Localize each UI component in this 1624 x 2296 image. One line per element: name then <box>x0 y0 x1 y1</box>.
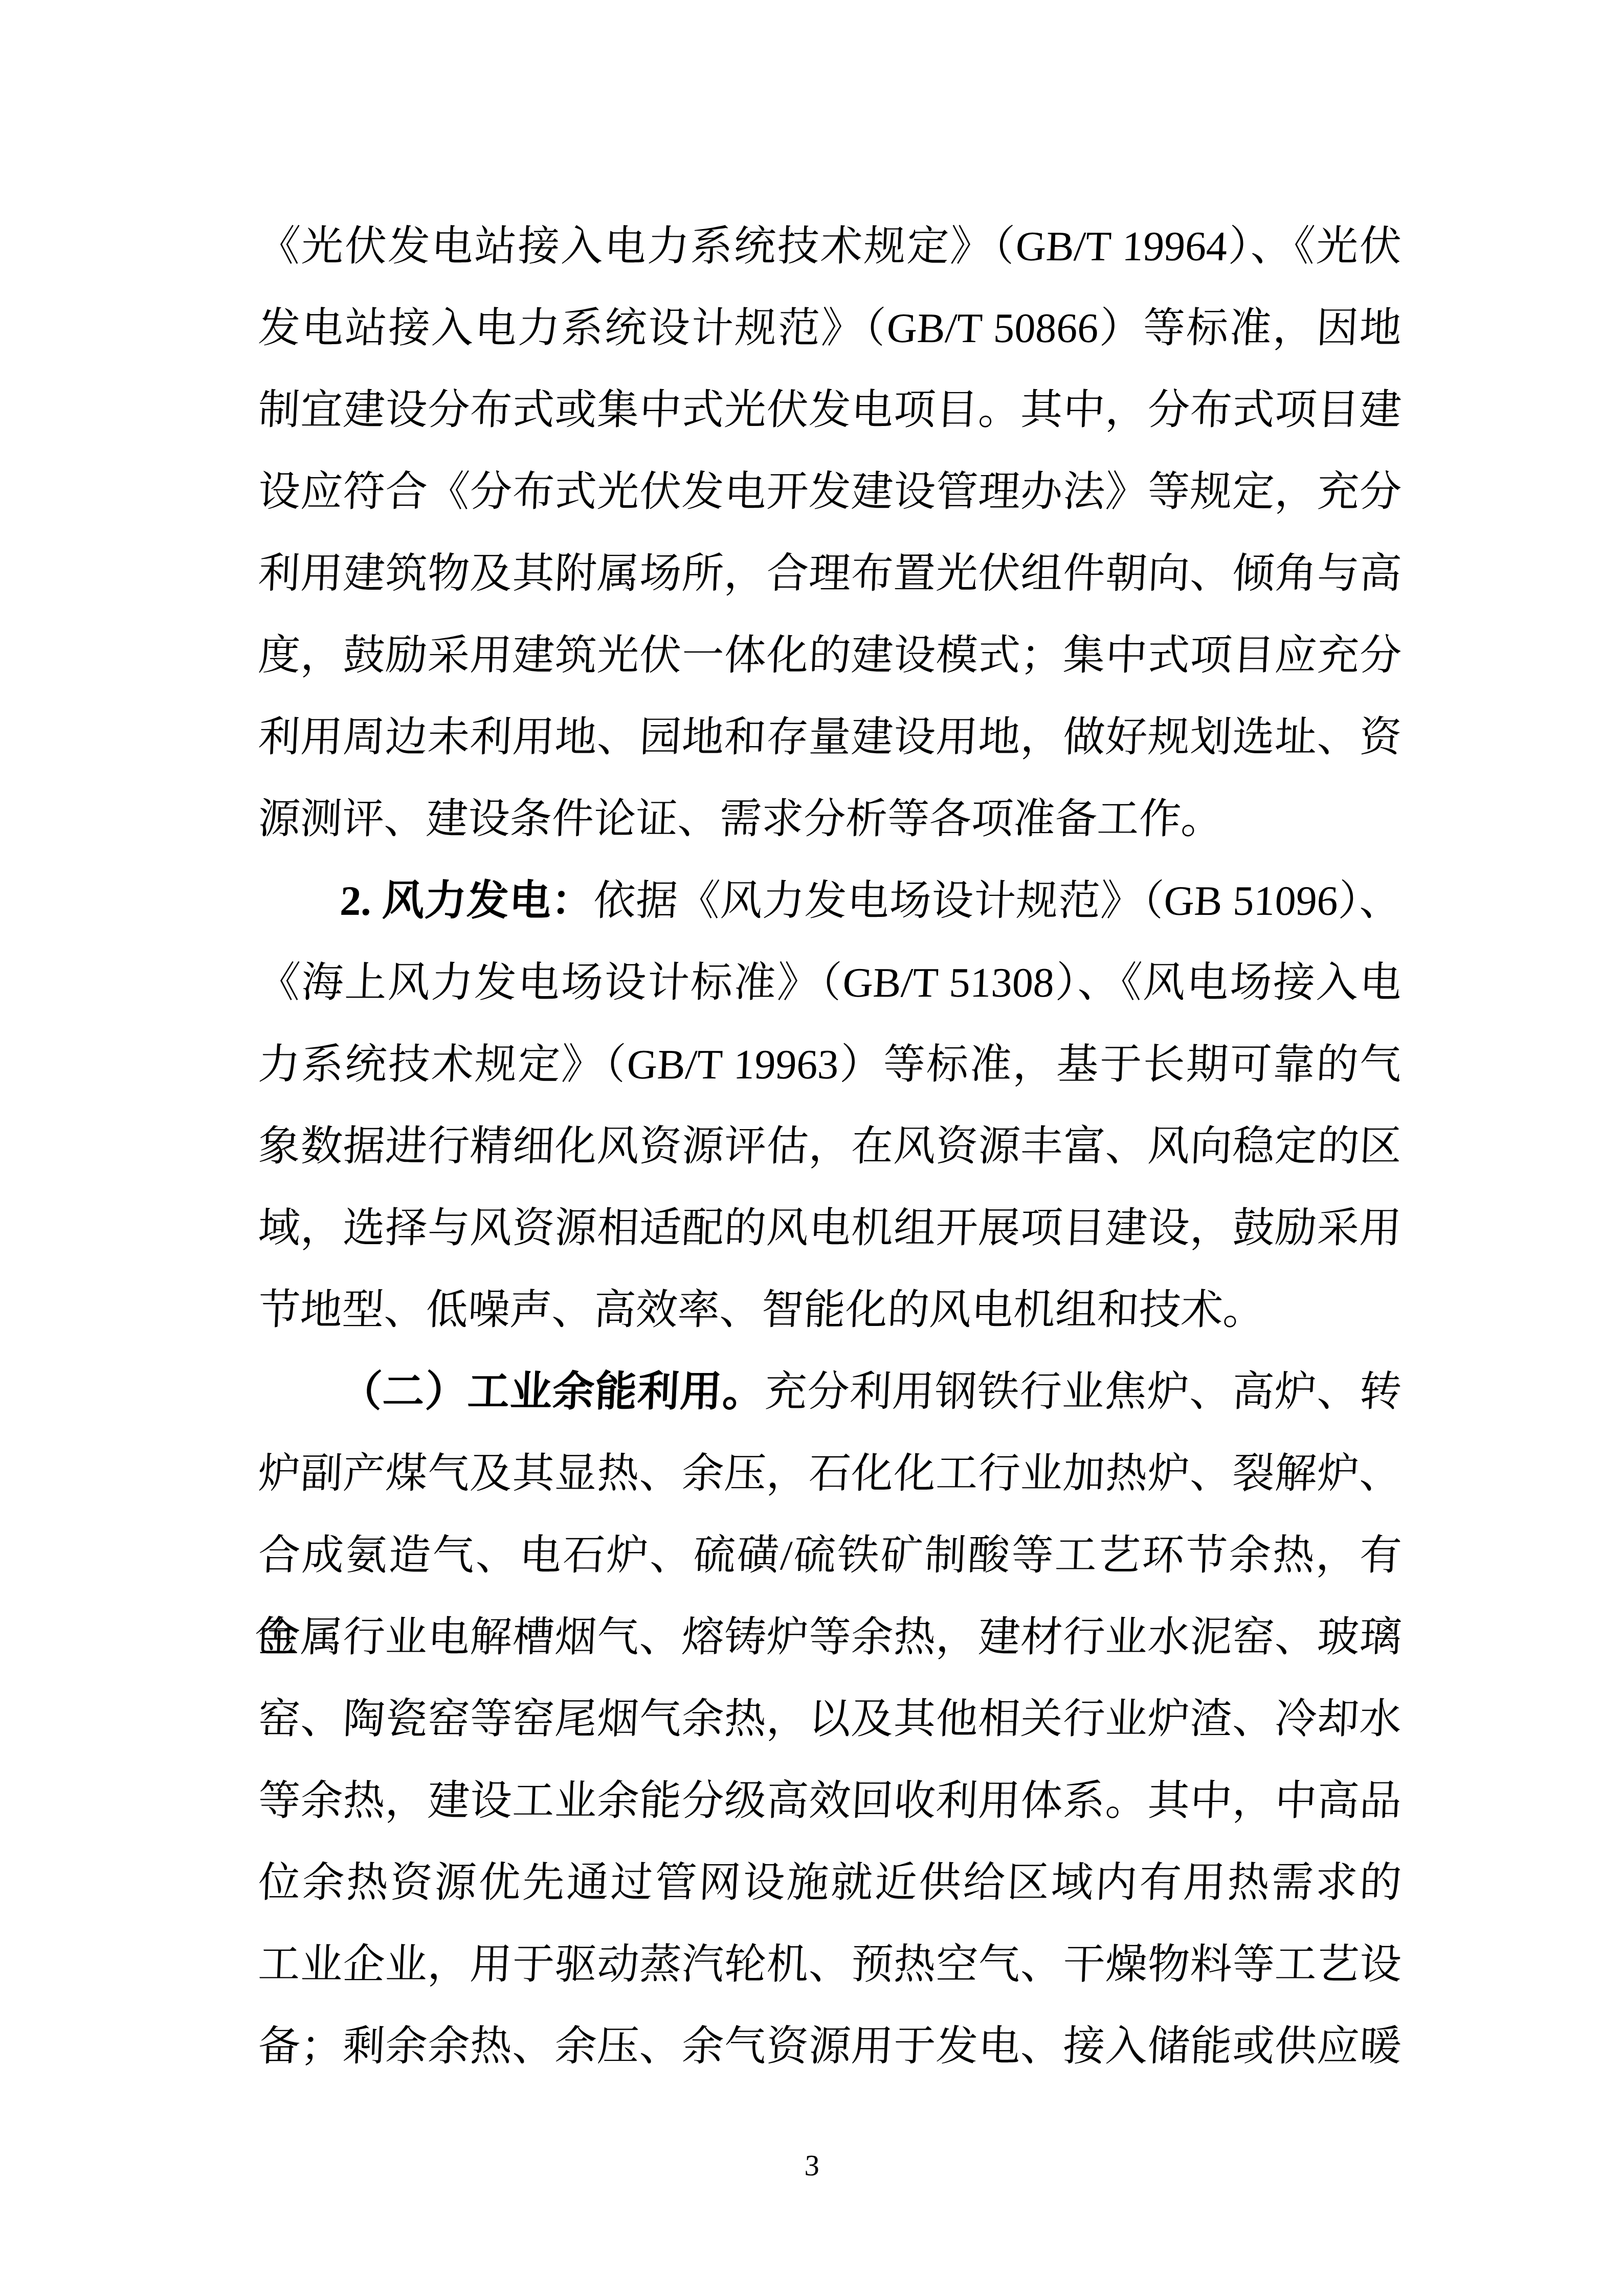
text-line: 金属行业电解槽烟气、熔铸炉等余热，建材行业水泥窑、玻璃 <box>257 1596 1404 1678</box>
body-text: 象数据进行精细化风资源评估，在风资源丰富、风向稳定的区 <box>257 1123 1403 1169</box>
text-line: 位余热资源优先通过管网设施就近供给区域内有用热需求的 <box>257 1842 1404 1924</box>
document-page: 《光伏发电站接入电力系统技术规定》（GB/T 19964）、《光伏发电站接入电力… <box>0 0 1624 2296</box>
text-line: 等余热，建设工业余能分级高效回收利用体系。其中，中高品 <box>257 1760 1404 1842</box>
text-line: 节地型、低噪声、高效率、智能化的风电机组和技术。 <box>257 1269 1404 1351</box>
body-text: 利用建筑物及其附属场所，合理布置光伏组件朝向、倾角与高 <box>257 550 1403 597</box>
text-line: 域，选择与风资源相适配的风电机组开展项目建设，鼓励采用 <box>257 1187 1404 1269</box>
body-text: 工业企业，用于驱动蒸汽轮机、预热空气、干燥物料等工艺设 <box>257 1941 1403 1988</box>
body-text: 等余热，建设工业余能分级高效回收利用体系。其中，中高品 <box>257 1777 1403 1824</box>
body-text: 节地型、低噪声、高效率、智能化的风电机组和技术。 <box>257 1287 1266 1333</box>
body-text: 依据《风力发电场设计规范》（GB 51096）、 <box>593 877 1403 924</box>
body-text: 窑、陶瓷窑等窑尾烟气余热，以及其他相关行业炉渣、冷却水 <box>257 1696 1403 1742</box>
text-line: 备；剩余余热、余压、余气资源用于发电、接入储能或供应暖 <box>257 2006 1404 2087</box>
text-line: 《光伏发电站接入电力系统技术规定》（GB/T 19964）、《光伏 <box>257 206 1404 287</box>
text-line: 炉副产煤气及其显热、余压，石化化工行业加热炉、裂解炉、 <box>257 1433 1404 1515</box>
body-text: 域，选择与风资源相适配的风电机组开展项目建设，鼓励采用 <box>257 1205 1403 1251</box>
body-text: 《海上风力发电场设计标准》（GB/T 51308）、《风电场接入电 <box>257 959 1403 1006</box>
body-text: 力系统技术规定》（GB/T 19963）等标准，基于长期可靠的气 <box>257 1041 1403 1088</box>
text-line: 设应符合《分布式光伏发电开发建设管理办法》等规定，充分 <box>257 451 1404 533</box>
body-text: 源测评、建设条件论证、需求分析等各项准备工作。 <box>257 796 1224 842</box>
text-line: 度，鼓励采用建筑光伏一体化的建设模式；集中式项目应充分 <box>257 615 1404 696</box>
text-line: 利用建筑物及其附属场所，合理布置光伏组件朝向、倾角与高 <box>257 533 1404 615</box>
text-line: 2. 风力发电：依据《风力发电场设计规范》（GB 51096）、 <box>257 860 1404 942</box>
body-text: 位余热资源优先通过管网设施就近供给区域内有用热需求的 <box>257 1859 1403 1906</box>
text-line: 发电站接入电力系统设计规范》（GB/T 50866）等标准，因地 <box>257 287 1404 369</box>
heading-text: 2. 风力发电： <box>339 877 595 924</box>
body-text: 炉副产煤气及其显热、余压，石化化工行业加热炉、裂解炉、 <box>257 1450 1403 1497</box>
text-line: 窑、陶瓷窑等窑尾烟气余热，以及其他相关行业炉渣、冷却水 <box>257 1678 1404 1760</box>
text-content: 《光伏发电站接入电力系统技术规定》（GB/T 19964）、《光伏发电站接入电力… <box>258 206 1401 2087</box>
text-line: 合成氨造气、电石炉、硫磺/硫铁矿制酸等工艺环节余热，有色 <box>257 1515 1404 1596</box>
text-line: 源测评、建设条件论证、需求分析等各项准备工作。 <box>257 778 1404 860</box>
text-line: 利用周边未利用地、园地和存量建设用地，做好规划选址、资 <box>257 696 1404 778</box>
text-line: （二）工业余能利用。充分利用钢铁行业焦炉、高炉、转 <box>257 1351 1404 1433</box>
text-line: 制宜建设分布式或集中式光伏发电项目。其中，分布式项目建 <box>257 369 1404 451</box>
body-text: 充分利用钢铁行业焦炉、高炉、转 <box>764 1368 1403 1415</box>
body-text: 度，鼓励采用建筑光伏一体化的建设模式；集中式项目应充分 <box>257 632 1403 679</box>
body-text: 《光伏发电站接入电力系统技术规定》（GB/T 19964）、《光伏 <box>257 223 1403 269</box>
text-line: 工业企业，用于驱动蒸汽轮机、预热空气、干燥物料等工艺设 <box>257 1924 1404 2006</box>
body-text: 发电站接入电力系统设计规范》（GB/T 50866）等标准，因地 <box>257 305 1403 351</box>
page-number: 3 <box>0 2150 1624 2181</box>
body-text: 利用周边未利用地、园地和存量建设用地，做好规划选址、资 <box>257 714 1403 760</box>
body-text: 设应符合《分布式光伏发电开发建设管理办法》等规定，充分 <box>257 468 1403 515</box>
text-line: 《海上风力发电场设计标准》（GB/T 51308）、《风电场接入电 <box>257 942 1404 1024</box>
heading-text: （二）工业余能利用。 <box>339 1368 766 1415</box>
text-line: 力系统技术规定》（GB/T 19963）等标准，基于长期可靠的气 <box>257 1024 1404 1106</box>
body-text: 制宜建设分布式或集中式光伏发电项目。其中，分布式项目建 <box>257 387 1403 433</box>
body-text: 备；剩余余热、余压、余气资源用于发电、接入储能或供应暖 <box>257 2023 1403 2069</box>
text-line: 象数据进行精细化风资源评估，在风资源丰富、风向稳定的区 <box>257 1106 1404 1187</box>
body-text: 金属行业电解槽烟气、熔铸炉等余热，建材行业水泥窑、玻璃 <box>257 1614 1403 1660</box>
